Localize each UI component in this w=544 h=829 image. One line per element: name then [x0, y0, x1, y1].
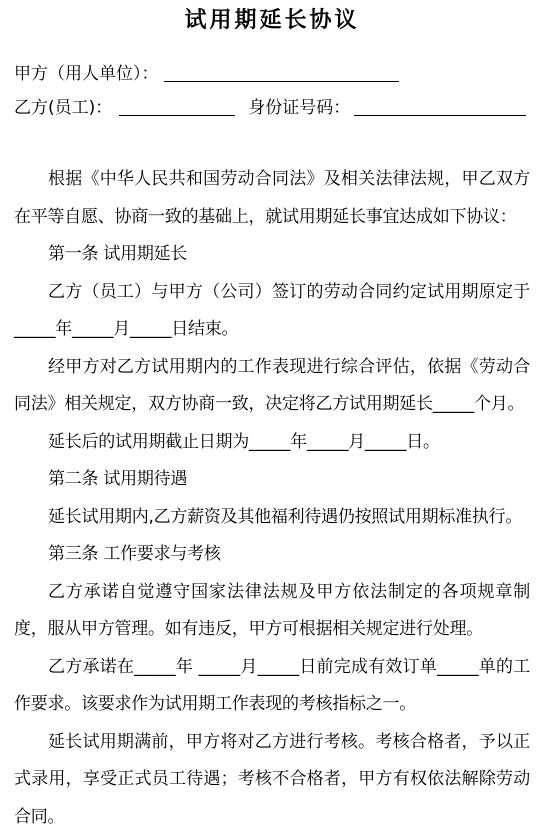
compliance-clause: 乙方承诺自觉遵守国家法律法规及甲方依法制定的各项规章制度，服从甲方管理。如有违反… [14, 574, 530, 649]
party-a-label: 甲方（用人单位）： [14, 64, 159, 84]
extended-deadline-clause: 延长后的试用期截止日期为_____年_____月_____日。 [14, 424, 530, 462]
party-a-blank-field[interactable] [164, 64, 399, 82]
probation-pay-clause: 延长试用期内,乙方薪资及其他福利待遇仍按照试用期标准执行。 [14, 499, 530, 537]
article-2-heading: 第二条 试用期待遇 [14, 461, 530, 499]
party-b-blank-field[interactable] [119, 98, 235, 116]
id-number-blank-field[interactable] [354, 98, 526, 116]
extension-duration-clause: 经甲方对乙方试用期内的工作表现进行综合评估，依据《劳动合同法》相关规定，双方协商… [14, 349, 530, 424]
agreement-body: 根据《中华人民共和国劳动合同法》及相关法律法规，甲乙双方在平等自愿、协商一致的基… [14, 161, 530, 829]
article-1-heading: 第一条 试用期延长 [14, 236, 530, 274]
document-title: 试用期延长协议 [14, 6, 530, 36]
assessment-clause: 延长试用期满前，甲方将对乙方进行考核。考核合格者，予以正式录用，享受正式员工待遇… [14, 724, 530, 829]
document-page: 试用期延长协议 甲方（用人单位）： 乙方(员工)：身份证号码： 根据《中华人民共… [0, 0, 544, 829]
party-b-line: 乙方(员工)：身份证号码： [14, 96, 530, 120]
order-target-clause: 乙方承诺在_____年 _____月_____日前完成有效订单_____单的工作… [14, 649, 530, 724]
article-3-heading: 第三条 工作要求与考核 [14, 536, 530, 574]
party-a-line: 甲方（用人单位）： [14, 62, 530, 86]
party-b-label: 乙方(员工)： [14, 98, 112, 118]
original-probation-end-clause: 乙方（员工）与甲方（公司）签订的劳动合同约定试用期原定于_____年_____月… [14, 274, 530, 349]
intro-paragraph: 根据《中华人民共和国劳动合同法》及相关法律法规，甲乙双方在平等自愿、协商一致的基… [14, 161, 530, 236]
id-number-label: 身份证号码： [248, 98, 350, 118]
